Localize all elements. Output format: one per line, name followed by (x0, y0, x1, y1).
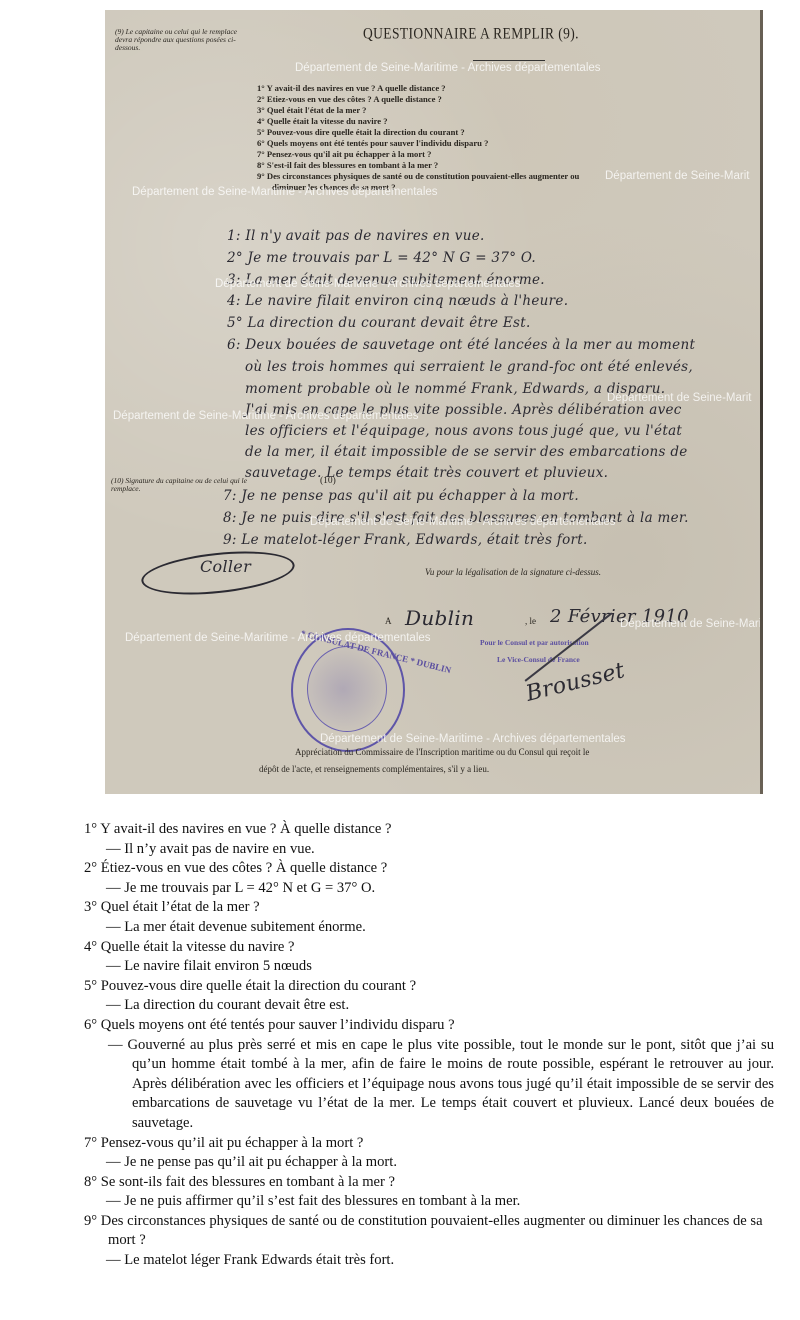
answer: — La mer était devenue subitement énorme… (84, 918, 774, 938)
answer: — Le matelot léger Frank Edwards était t… (84, 1251, 774, 1271)
question: 5° Pouvez-vous dire quelle était la dire… (84, 977, 774, 997)
form-title: QUESTIONNAIRE A REMPLIR (9). (363, 25, 579, 43)
title-divider (473, 60, 545, 61)
question: 8° Se sont-ils fait des blessures en tom… (84, 1173, 774, 1193)
handwritten-answer: 5° La direction du courant devait être E… (227, 315, 531, 331)
handwritten-answer: J'ai mis en cape le plus vite possible. … (245, 402, 682, 418)
question: 7° Pensez-vous qu’il ait pu échapper à l… (84, 1134, 774, 1154)
watermark: Département de Seine-Maritime - Archives… (295, 62, 601, 74)
question: 2° Étiez-vous en vue des côtes ? À quell… (84, 859, 774, 879)
handwritten-answer: 7: Je ne pense pas qu'il ait pu échapper… (223, 488, 579, 504)
consulate-seal: * CONSULAT DE FRANCE * DUBLIN (291, 628, 405, 752)
instruction-note: (9) Le capitaine ou celui qui le remplac… (115, 28, 245, 52)
printed-question-continued: diminuer les chances de sa mort ? (257, 182, 717, 193)
question: 4° Quelle était la vitesse du navire ? (84, 938, 774, 958)
handwritten-answer: 2° Je me trouvais par L = 42° N G = 37° … (227, 250, 536, 266)
archive-scan: (9) Le capitaine ou celui qui le remplac… (105, 10, 763, 794)
handwritten-answer: 1: Il n'y avait pas de navires en vue. (227, 228, 485, 244)
answer: — La direction du courant devait être es… (84, 996, 774, 1016)
printed-question: 9° Des circonstances physiques de santé … (257, 171, 717, 182)
date-prefix: , le (525, 616, 536, 626)
place: Dublin (405, 606, 474, 630)
printed-question: 1° Y avait-il des navires en vue ? A que… (257, 83, 717, 94)
consul-signature: Brousset (523, 658, 627, 707)
captain-signature: Coller (200, 557, 251, 576)
answer: — Gouverné au plus près serré et mis en … (84, 1036, 774, 1134)
question: 3° Quel était l’état de la mer ? (84, 898, 774, 918)
handwritten-answer: de la mer, il était impossible de se ser… (245, 444, 688, 460)
appreciation-text: Appréciation du Commissaire de l'Inscrip… (295, 747, 589, 757)
appreciation-text: dépôt de l'acte, et renseignements compl… (259, 764, 489, 774)
handwritten-answer: 6: Deux bouées de sauvetage ont été lanc… (227, 337, 695, 353)
printed-question: 7° Pensez-vous qu'il ait pu échapper à l… (257, 149, 717, 160)
answer: — Le navire filait environ 5 nœuds (84, 957, 774, 977)
printed-question: 6° Quels moyens ont été tentés pour sauv… (257, 138, 717, 149)
handwritten-answer: où les trois hommes qui serraient le gra… (245, 359, 693, 375)
answer: — Je ne puis affirmer qu’il s’est fait d… (84, 1192, 774, 1212)
question: 9° Des circonstances physiques de santé … (84, 1212, 774, 1251)
date: 2 Février 1910 (550, 606, 689, 627)
answer: — Je ne pense pas qu’il ait pu échapper … (84, 1153, 774, 1173)
handwritten-answer: les officiers et l'équipage, nous avons … (245, 423, 682, 439)
question: 6° Quels moyens ont été tentés pour sauv… (84, 1016, 774, 1036)
signature-reference: (10) (320, 476, 336, 486)
transcription: 1° Y avait-il des navires en vue ? À que… (84, 820, 774, 1271)
answer: — Je me trouvais par L = 42° N et G = 37… (84, 879, 774, 899)
consul-stamp-line: Le Vice-Consul de France (497, 655, 580, 664)
question: 1° Y avait-il des navires en vue ? À que… (84, 820, 774, 840)
printed-question: 2° Etiez-vous en vue des côtes ? A quell… (257, 94, 717, 105)
seal-emblem (307, 646, 387, 732)
printed-question: 5° Pouvez-vous dire quelle était la dire… (257, 127, 717, 138)
printed-questions: 1° Y avait-il des navires en vue ? A que… (257, 83, 717, 193)
printed-question: 3° Quel était l'état de la mer ? (257, 105, 717, 116)
printed-question: 8° S'est-il fait des blessures en tomban… (257, 160, 717, 171)
printed-question: 4° Quelle était la vitesse du navire ? (257, 116, 717, 127)
handwritten-answer: 3: La mer était devenue subitement énorm… (227, 272, 545, 288)
handwritten-answer: moment probable où le nommé Frank, Edwar… (245, 381, 665, 397)
answer: — Il n’y avait pas de navire en vue. (84, 840, 774, 860)
handwritten-answer: 9: Le matelot-léger Frank, Edwards, étai… (223, 532, 588, 548)
legalisation-text: Vu pour la légalisation de la signature … (425, 567, 601, 577)
signature-note: (10) Signature du capitaine ou de celui … (111, 477, 251, 493)
place-prefix: A (385, 616, 392, 626)
handwritten-answer: 8: Je ne puis dire s'il s'est fait des b… (223, 510, 689, 526)
handwritten-answer: sauvetage. Le temps était très couvert e… (245, 465, 608, 481)
handwritten-answer: 4: Le navire filait environ cinq nœuds à… (227, 293, 568, 309)
